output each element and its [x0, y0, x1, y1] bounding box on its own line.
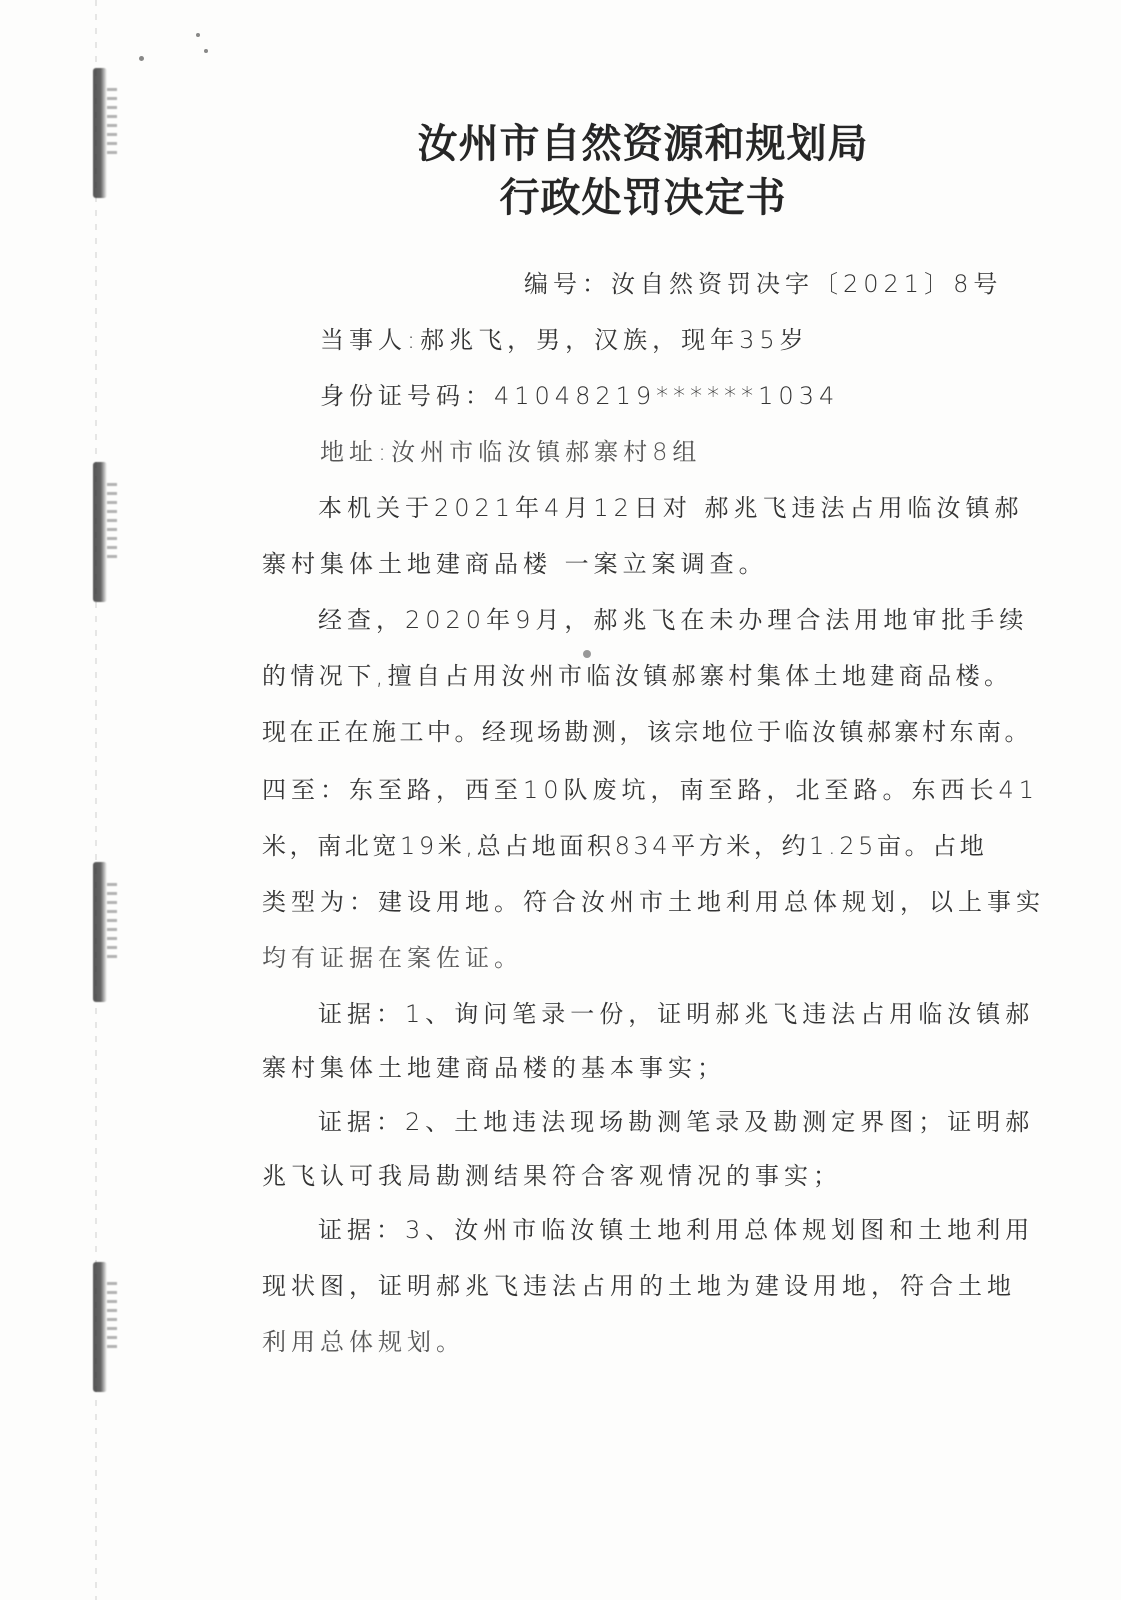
evidence-item-1-line: 证据：1、询问笔录一份，证明郝兆飞违法占用临汝镇郝	[318, 994, 1034, 1029]
paragraph-findings-line: 经查，2020年9月，郝兆飞在未办理合法用地审批手续	[318, 600, 1028, 635]
document-title-agency: 汝州市自然资源和规划局	[0, 112, 1121, 169]
paragraph-findings-line: 的情况下,擅自占用汝州市临汝镇郝寨村集体土地建商品楼。	[262, 656, 1012, 691]
paragraph-findings-line: 类型为：建设用地。符合汝州市土地利用总体规划，以上事实	[262, 882, 1045, 917]
paragraph-case-filing-line: 本机关于2021年4月12日对 郝兆飞违法占用临汝镇郝	[318, 488, 1024, 523]
evidence-item-3-line: 现状图，证明郝兆飞违法占用的土地为建设用地，符合土地	[262, 1266, 1016, 1301]
scanned-document-page: 汝州市自然资源和规划局 行政处罚决定书 编号：汝自然资罚决字〔2021〕8号 当…	[0, 0, 1121, 1600]
paragraph-case-filing-line: 寨村集体土地建商品楼 一案立案调查。	[262, 544, 768, 579]
paragraph-findings-line: 四至：东至路，西至10队废坑，南至路，北至路。东西长41	[262, 770, 1039, 805]
evidence-item-2-line: 兆飞认可我局勘测结果符合客观情况的事实；	[262, 1156, 842, 1191]
scan-speck	[139, 56, 144, 61]
scan-speck	[204, 49, 208, 53]
document-title-type: 行政处罚决定书	[0, 166, 1121, 223]
evidence-item-2-line: 证据：2、土地违法现场勘测笔录及勘测定界图；证明郝	[318, 1102, 1034, 1137]
document-number: 编号：汝自然资罚决字〔2021〕8号	[524, 264, 1002, 299]
party-info: 当事人:郝兆飞，男，汉族，现年35岁	[320, 320, 809, 355]
evidence-item-3-line: 利用总体规划。	[262, 1322, 465, 1357]
address: 地址:汝州市临汝镇郝寨村8组	[320, 432, 701, 467]
evidence-item-3-line: 证据：3、汝州市临汝镇土地利用总体规划图和土地利用	[318, 1210, 1034, 1245]
binding-hole-mark	[93, 1262, 107, 1392]
paragraph-findings-line: 均有证据在案佐证。	[262, 938, 523, 973]
id-number: 身份证号码：41048219******1034	[320, 376, 839, 411]
evidence-item-1-line: 寨村集体土地建商品楼的基本事实；	[262, 1048, 726, 1083]
paragraph-findings-line: 米，南北宽19米,总占地面积834平方米，约1.25亩。占地	[262, 826, 987, 861]
binding-hole-mark	[93, 462, 107, 602]
binding-hole-mark	[93, 862, 107, 1002]
scan-speck	[196, 33, 200, 37]
paragraph-findings-line: 现在正在施工中。经现场勘测，该宗地位于临汝镇郝寨村东南。	[262, 712, 1032, 747]
